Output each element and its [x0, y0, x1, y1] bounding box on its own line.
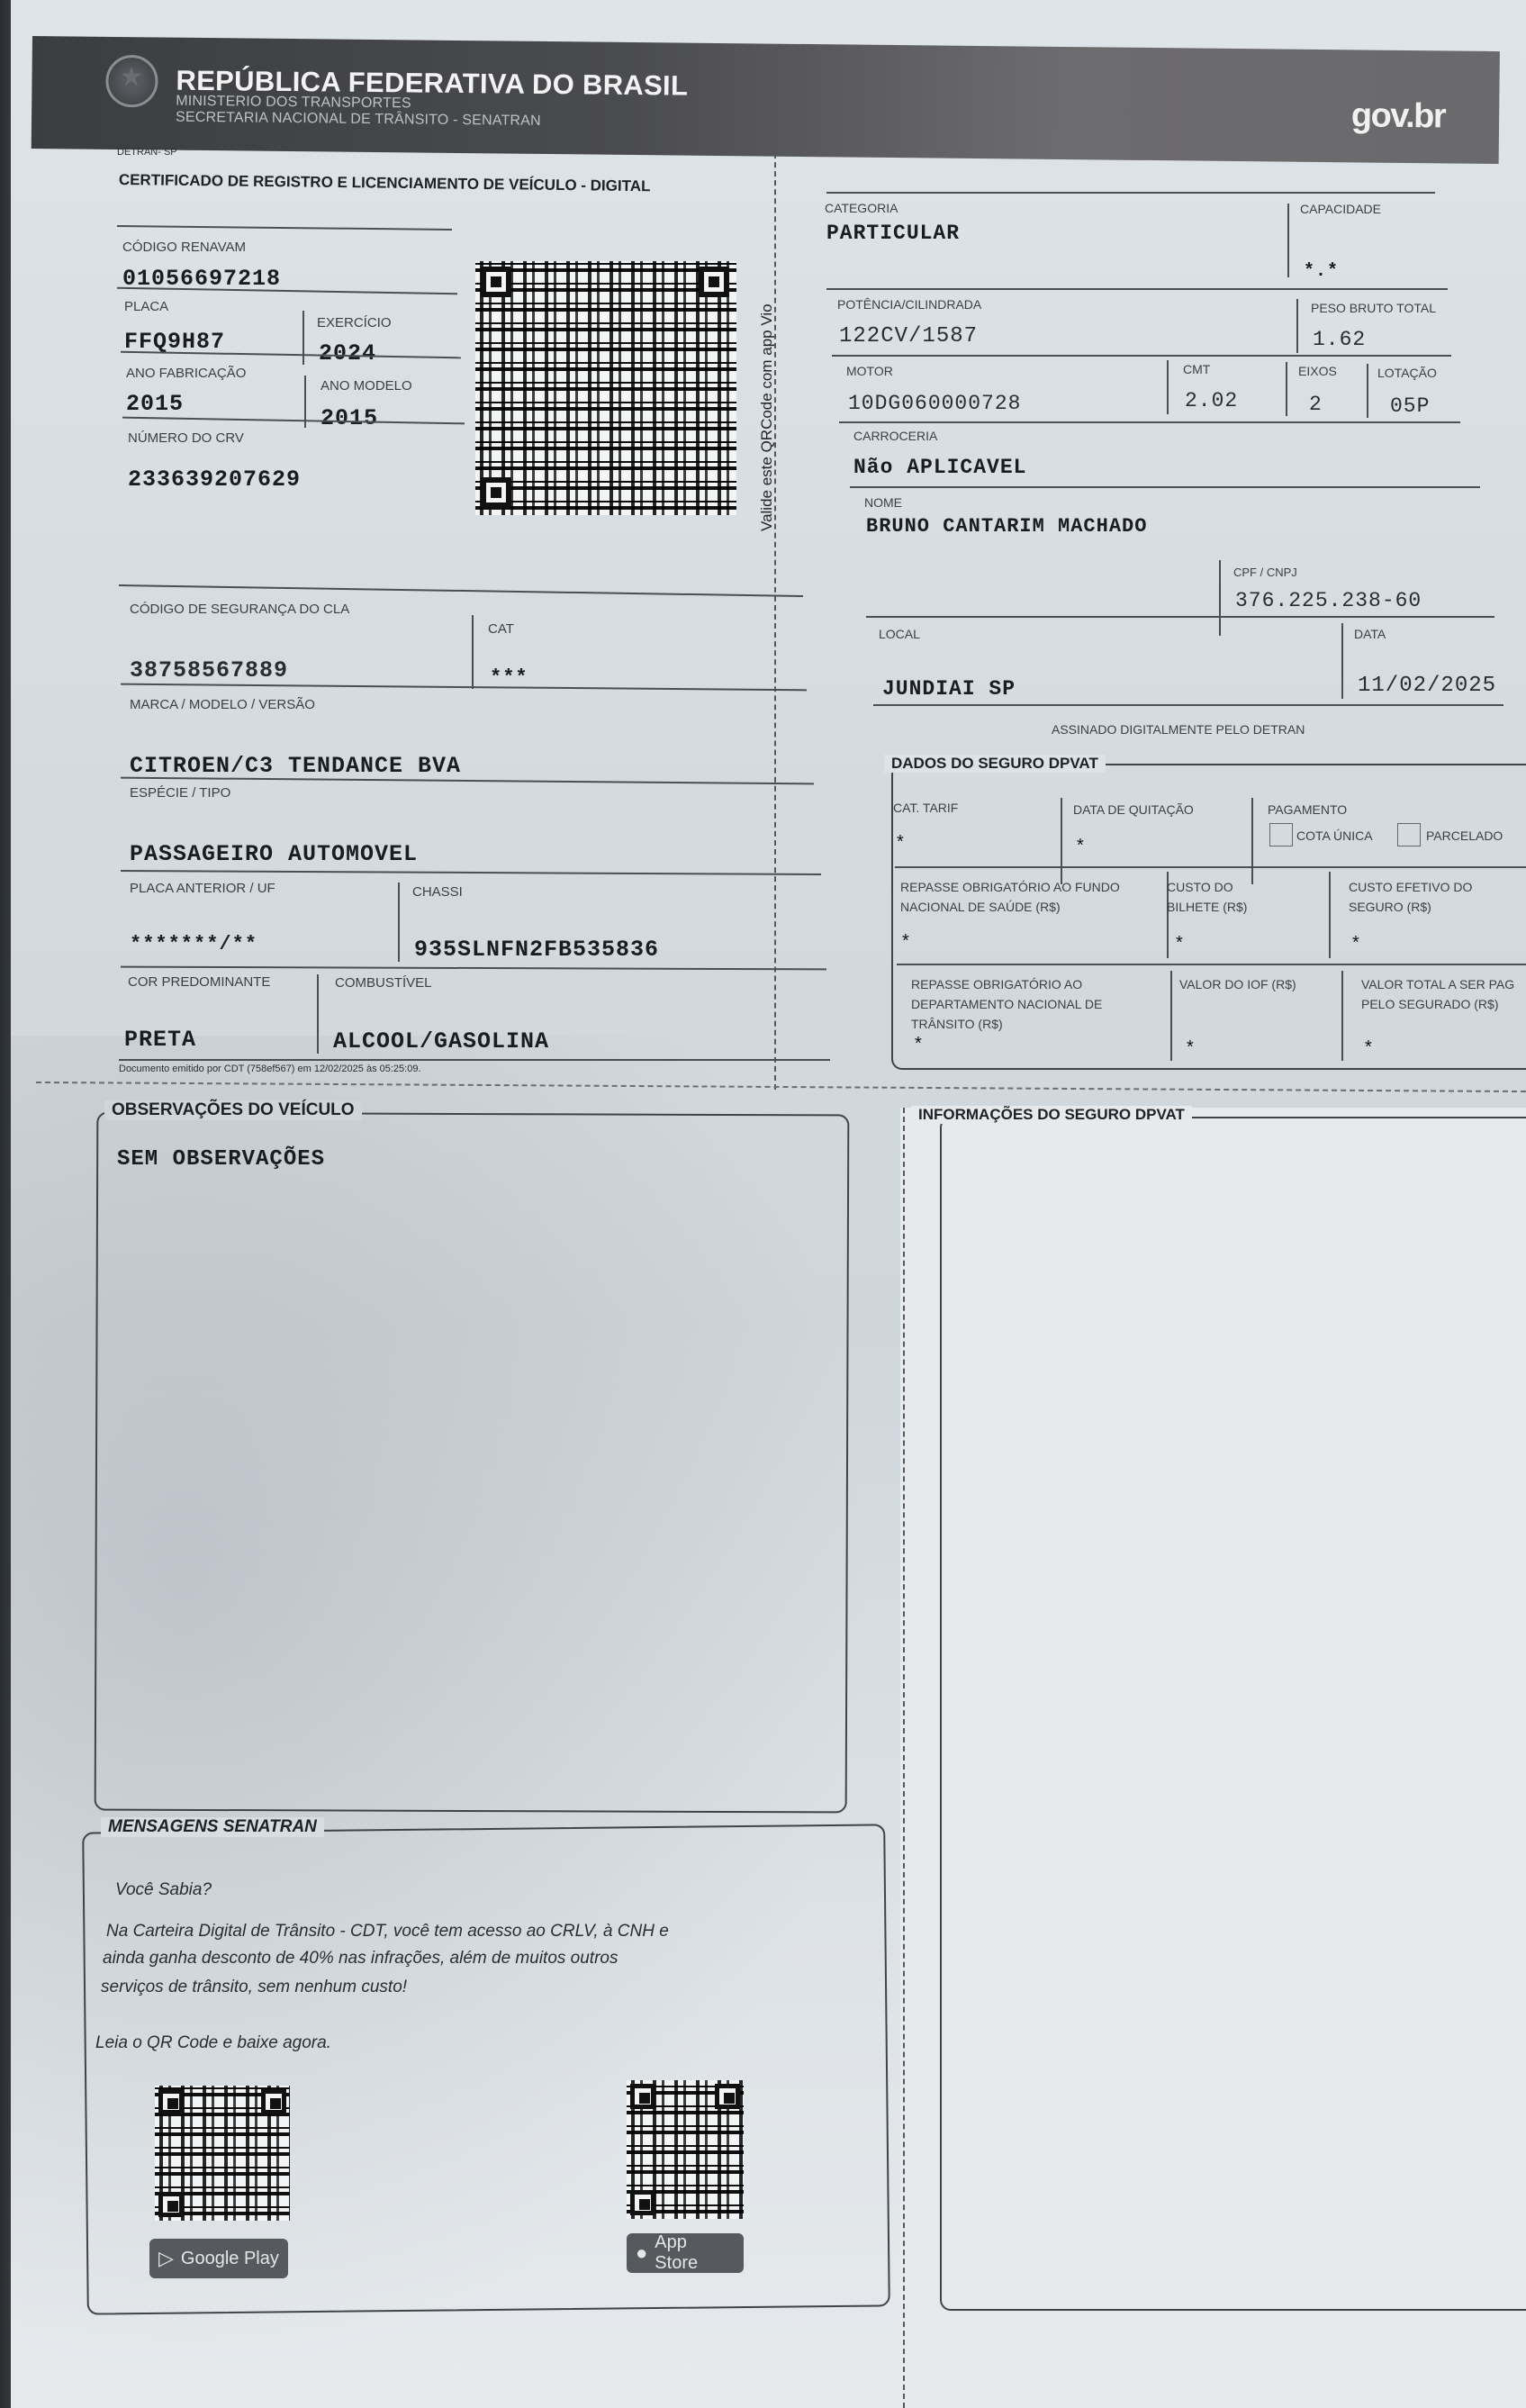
divider — [1167, 360, 1169, 414]
repasse-denatran-value: * — [915, 1034, 922, 1055]
chassi-value: 935SLNFN2FB535836 — [414, 937, 659, 963]
message-line-3: serviços de trânsito, sem nenhum custo! — [101, 1978, 407, 1997]
repasse-fns-value: * — [902, 931, 909, 952]
divider — [317, 974, 319, 1054]
data-value: 11/02/2025 — [1358, 674, 1496, 698]
app-store-badge[interactable]: ● App Store — [627, 2233, 744, 2273]
observacoes-title: OBSERVAÇÕES DO VEÍCULO — [104, 1100, 362, 1120]
lotacao-label: LOTAÇÃO — [1377, 366, 1437, 380]
divider — [1341, 623, 1343, 699]
parcelado-checkbox[interactable] — [1397, 823, 1421, 846]
fold-line — [903, 1108, 905, 2408]
renavam-label: CÓDIGO RENAVAM — [122, 240, 246, 255]
divider — [1251, 798, 1253, 884]
qr-finder — [158, 2192, 184, 2217]
cat-label: CAT — [488, 621, 514, 637]
custo-bilhete-value: * — [1176, 933, 1183, 954]
cat-tarif-label: CAT. TARIF — [893, 798, 958, 818]
categoria-value: PARTICULAR — [826, 222, 960, 245]
cota-unica-label: COTA ÚNICA — [1296, 826, 1373, 846]
apple-icon: ● — [636, 2241, 647, 2265]
valor-iof-label: VALOR DO IOF (R$) — [1179, 974, 1296, 994]
combustivel-label: COMBUSTÍVEL — [335, 975, 432, 991]
divider — [839, 421, 1460, 423]
parcelado-label: PARCELADO — [1426, 826, 1503, 846]
divider — [1286, 362, 1287, 416]
fold-line — [774, 144, 776, 1090]
emission-note: Documento emitido por CDT (758ef567) em … — [119, 1064, 421, 1074]
custo-efetivo-label: CUSTO EFETIVO DO SEGURO (R$) — [1349, 877, 1493, 917]
lotacao-value: 05P — [1390, 394, 1430, 418]
divider — [472, 615, 474, 689]
message-line-2: ainda ganha desconto de 40% nas infraçõe… — [103, 1949, 618, 1969]
divider — [850, 486, 1480, 488]
nome-value: BRUNO CANTARIM MACHADO — [866, 515, 1147, 538]
especie-tipo-value: PASSAGEIRO AUTOMOVEL — [130, 841, 418, 867]
coat-of-arms-icon — [105, 55, 158, 108]
ano-fabricacao-label: ANO FABRICAÇÃO — [126, 366, 246, 381]
divider — [302, 311, 304, 365]
qr-finder — [158, 2089, 184, 2114]
placa-label: PLACA — [124, 299, 168, 314]
potencia-value: 122CV/1587 — [839, 324, 978, 349]
placa-anterior-value: *******/** — [130, 933, 257, 955]
motor-value: 10DG060000728 — [848, 392, 1021, 415]
info-dpvat-title: INFORMAÇÕES DO SEGURO DPVAT — [911, 1106, 1192, 1124]
divider — [826, 192, 1435, 194]
secretariat-name: SECRETARIA NACIONAL DE TRÂNSITO - SENATR… — [176, 110, 541, 130]
chassi-label: CHASSI — [412, 884, 463, 900]
qr-finder — [699, 267, 729, 297]
cor-value: PRETA — [124, 1027, 196, 1053]
motor-label: MOTOR — [846, 364, 893, 378]
divider — [1287, 204, 1289, 277]
cta-text: Leia o QR Code e baixe agora. — [95, 2033, 331, 2053]
divider — [866, 616, 1494, 618]
data-quitacao-value: * — [1077, 836, 1084, 856]
nome-label: NOME — [864, 495, 902, 510]
qr-finder — [630, 2190, 655, 2215]
valor-total-value: * — [1365, 1037, 1372, 1058]
data-quitacao-label: DATA DE QUITAÇÃO — [1073, 800, 1194, 819]
custo-efetivo-value: * — [1352, 933, 1359, 954]
especie-tipo-label: ESPÉCIE / TIPO — [130, 785, 230, 801]
eixos-value: 2 — [1309, 393, 1323, 416]
cmt-label: CMT — [1183, 362, 1210, 376]
marca-modelo-value: CITROEN/C3 TENDANCE BVA — [130, 753, 461, 779]
header-banner: REPÚBLICA FEDERATIVA DO BRASIL MINISTERI… — [32, 36, 1500, 164]
combustivel-value: ALCOOL/GASOLINA — [333, 1028, 549, 1055]
divider — [1219, 560, 1221, 636]
local-label: LOCAL — [879, 627, 920, 641]
divider — [1341, 971, 1343, 1061]
observacoes-value: SEM OBSERVAÇÕES — [117, 1147, 325, 1172]
exercicio-value: 2024 — [319, 340, 376, 367]
pagamento-label: PAGAMENTO — [1268, 800, 1347, 819]
local-value: JUNDIAI SP — [882, 677, 1016, 701]
app-store-label: App Store — [655, 2232, 735, 2274]
carroceria-label: CARROCERIA — [853, 429, 937, 443]
signed-note: ASSINADO DIGITALMENTE PELO DETRAN — [1052, 722, 1305, 737]
exercicio-label: EXERCÍCIO — [317, 315, 392, 330]
divider — [119, 1059, 830, 1061]
categoria-label: CATEGORIA — [825, 201, 898, 215]
capacidade-label: CAPACIDADE — [1300, 202, 1381, 216]
cpf-value: 376.225.238-60 — [1235, 589, 1422, 612]
peso-bruto-value: 1.62 — [1313, 328, 1366, 351]
dpvat-title: DADOS DO SEGURO DPVAT — [884, 755, 1106, 773]
cota-unica-checkbox[interactable] — [1269, 823, 1293, 846]
app-store-qr-code[interactable] — [627, 2080, 744, 2219]
crv-value: 233639207629 — [128, 466, 301, 493]
cor-label: COR PREDOMINANTE — [128, 974, 270, 990]
divider — [1061, 798, 1062, 884]
cmt-value: 2.02 — [1185, 389, 1238, 412]
potencia-label: POTÊNCIA/CILINDRADA — [837, 297, 981, 312]
qr-finder — [630, 2084, 655, 2109]
data-label: DATA — [1354, 627, 1386, 641]
cat-tarif-value: * — [897, 832, 904, 853]
capacidade-value: *.* — [1304, 261, 1339, 282]
qr-validation-caption: Valide este QRCode com app Vio — [758, 303, 776, 531]
google-play-label: Google Play — [181, 2249, 279, 2269]
play-icon: ▷ — [158, 2247, 174, 2270]
ano-fabricacao-value: 2015 — [126, 391, 184, 417]
ano-modelo-label: ANO MODELO — [321, 378, 412, 394]
codigo-seguranca-value: 38758567889 — [130, 657, 288, 683]
marca-modelo-label: MARCA / MODELO / VERSÃO — [130, 697, 315, 712]
issuer-label: DETRAN- SP — [117, 147, 177, 158]
codigo-seguranca-label: CÓDIGO DE SEGURANÇA DO CLA — [130, 602, 349, 617]
divider — [832, 355, 1451, 357]
valor-total-label: VALOR TOTAL A SER PAG PELO SEGURADO (R$) — [1361, 974, 1526, 1014]
divider — [873, 704, 1503, 706]
observacoes-section — [95, 1112, 850, 1814]
message-line-1: Na Carteira Digital de Trânsito - CDT, v… — [106, 1922, 669, 1942]
qr-finder — [261, 2089, 286, 2114]
cpf-label: CPF / CNPJ — [1233, 566, 1297, 579]
google-play-qr-code[interactable] — [155, 2086, 290, 2221]
carroceria-value: Não APLICAVEL — [853, 456, 1026, 479]
qr-finder — [481, 267, 511, 297]
govbr-logo: gov.br — [1351, 96, 1446, 136]
divider — [895, 866, 1526, 868]
qr-finder — [715, 2084, 740, 2109]
divider — [1296, 299, 1298, 353]
divider — [897, 964, 1526, 965]
divider — [826, 288, 1448, 290]
ano-modelo-value: 2015 — [321, 405, 378, 431]
custo-bilhete-label: CUSTO DO BILHETE (R$) — [1167, 877, 1284, 917]
repasse-denatran-label: REPASSE OBRIGATÓRIO AO DEPARTAMENTO NACI… — [911, 974, 1136, 1034]
placa-anterior-label: PLACA ANTERIOR / UF — [130, 881, 275, 896]
crv-label: NÚMERO DO CRV — [128, 430, 244, 446]
divider — [398, 883, 400, 962]
validation-qr-code[interactable] — [475, 261, 736, 515]
divider — [1170, 971, 1172, 1061]
divider — [1367, 364, 1368, 418]
cat-value: *** — [490, 666, 528, 689]
mensagens-title: MENSAGENS SENATRAN — [101, 1817, 324, 1837]
eixos-label: EIXOS — [1298, 364, 1337, 378]
question-text: Você Sabia? — [115, 1880, 212, 1900]
info-dpvat-section — [940, 1117, 1526, 2311]
qr-finder — [481, 477, 511, 508]
valor-iof-value: * — [1187, 1037, 1194, 1058]
peso-bruto-label: PESO BRUTO TOTAL — [1311, 301, 1436, 315]
repasse-fns-label: REPASSE OBRIGATÓRIO AO FUNDO NACIONAL DE… — [900, 877, 1143, 917]
google-play-badge[interactable]: ▷ Google Play — [149, 2239, 288, 2278]
divider — [1329, 872, 1331, 958]
